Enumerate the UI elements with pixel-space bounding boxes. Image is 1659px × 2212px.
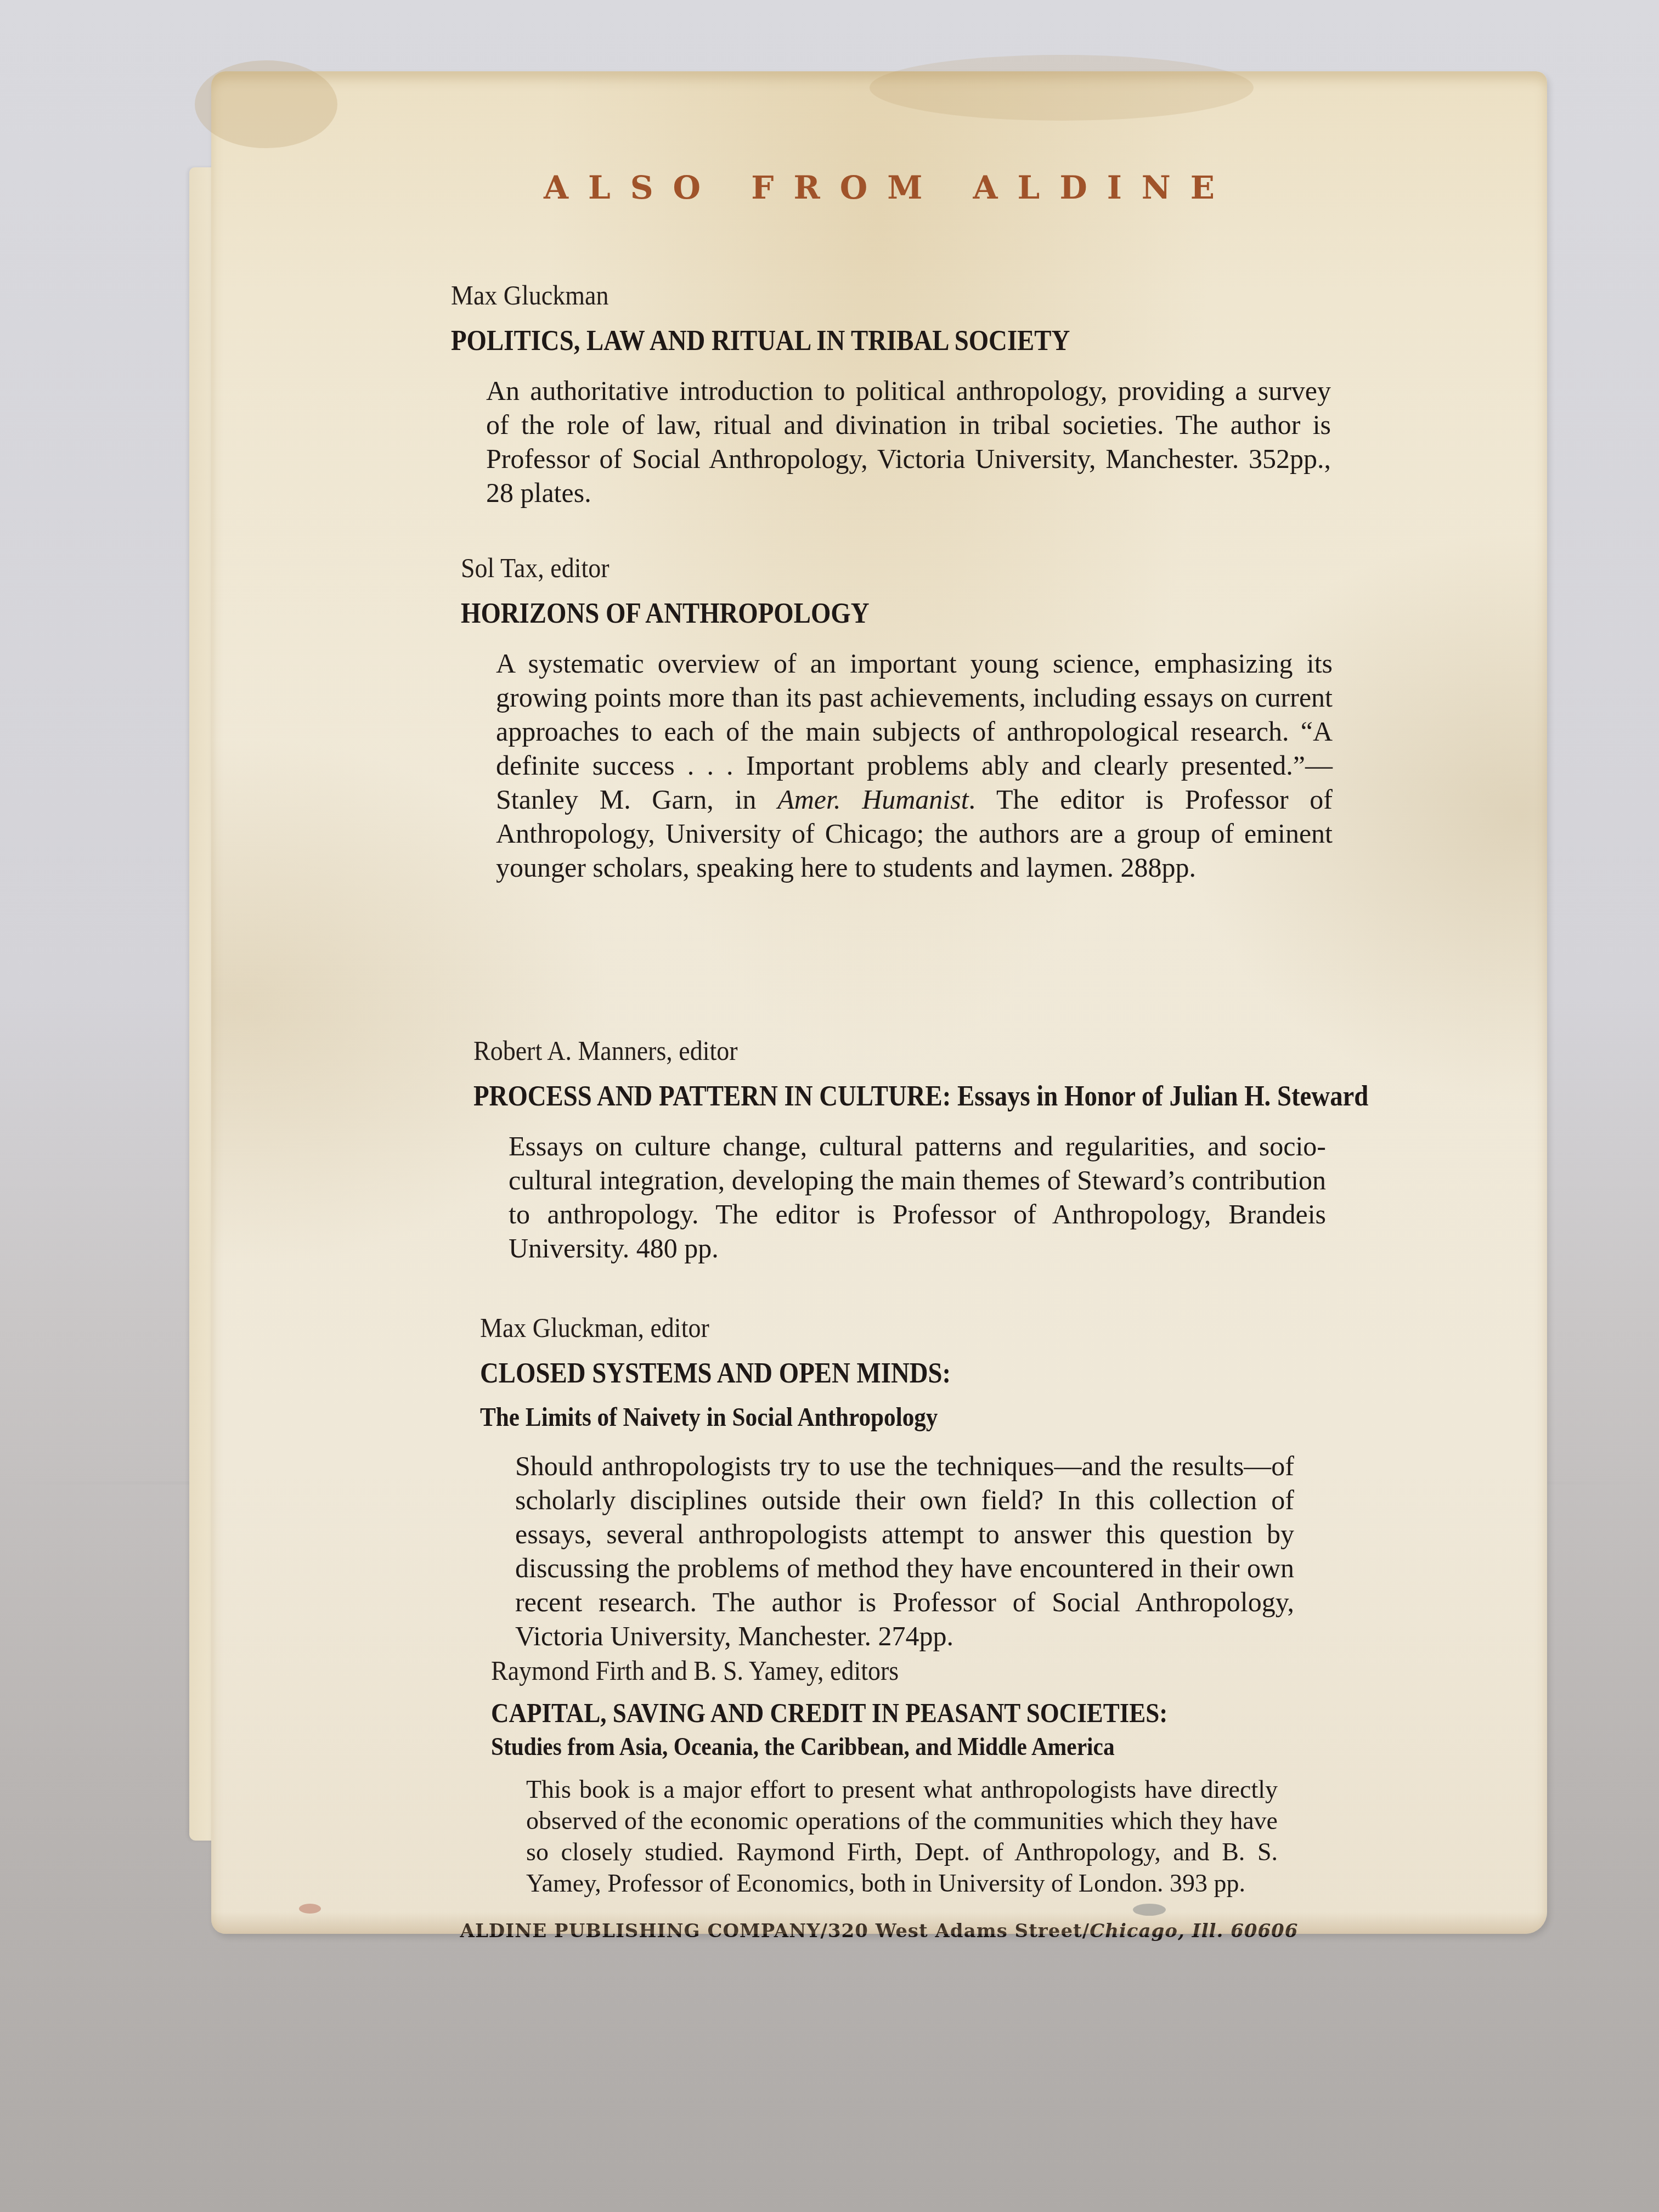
age-stain: [1133, 1904, 1166, 1916]
book-description: An authoritative introduction to politic…: [486, 374, 1331, 510]
description-italic-source: Amer. Humanist: [777, 784, 968, 815]
publisher-footer: ALDINE PUBLISHING COMPANY/320 West Adams…: [211, 1920, 1547, 1942]
book-description: Essays on culture change, cultural patte…: [509, 1129, 1326, 1265]
book-title: HORIZONS OF ANTHROPOLOGY: [461, 597, 1429, 631]
book-entry: Max Gluckman POLITICS, LAW AND RITUAL IN…: [451, 281, 1534, 510]
book-description: Should anthropologists try to use the te…: [515, 1449, 1294, 1653]
age-stain: [195, 60, 337, 148]
book-description: This book is a major effort to present w…: [526, 1774, 1278, 1899]
book-author: Raymond Firth and B. S. Yamey, editors: [491, 1657, 1425, 1684]
book-subtitle: The Limits of Naivety in Social Anthropo…: [480, 1402, 1408, 1434]
book-title-suffix: Essays in Honor of Julian H. Steward: [951, 1081, 1368, 1112]
book-title: PROCESS AND PATTERN IN CULTURE: Essays i…: [473, 1080, 1481, 1114]
book-entry: Robert A. Manners, editor PROCESS AND PA…: [473, 1037, 1516, 1265]
age-stain: [870, 55, 1254, 121]
book-author: Max Gluckman, editor: [480, 1314, 1429, 1341]
book-entry: Max Gluckman, editor CLOSED SYSTEMS AND …: [480, 1314, 1511, 1653]
header-also-from-aldine: ALSO FROM ALDINE: [211, 169, 1547, 206]
publisher-street: 320 West Adams Street/: [828, 1920, 1090, 1942]
book-author: Max Gluckman: [451, 281, 1448, 309]
book-author: Robert A. Manners, editor: [473, 1037, 1432, 1064]
book-entry: Raymond Firth and B. S. Yamey, editors C…: [491, 1657, 1506, 1899]
book-title-main: PROCESS AND PATTERN IN CULTURE:: [473, 1081, 951, 1112]
book-entry: Sol Tax, editor HORIZONS OF ANTHROPOLOGY…: [461, 554, 1536, 884]
book-subtitle: Studies from Asia, Oceania, the Caribbea…: [491, 1731, 1404, 1762]
book-title: CLOSED SYSTEMS AND OPEN MINDS:: [480, 1357, 1408, 1391]
book-title: CAPITAL, SAVING AND CREDIT IN PEASANT SO…: [491, 1696, 1404, 1729]
book-description: A systematic overview of an important yo…: [496, 646, 1333, 884]
age-stain: [299, 1904, 321, 1914]
book-title: POLITICS, LAW AND RITUAL IN TRIBAL SOCIE…: [451, 324, 1426, 358]
dust-jacket-back: ALSO FROM ALDINE Max Gluckman POLITICS, …: [211, 71, 1547, 1934]
publisher-name: ALDINE PUBLISHING COMPANY/: [460, 1920, 828, 1942]
publisher-city: Chicago, Ill. 60606: [1090, 1920, 1298, 1942]
book-author: Sol Tax, editor: [461, 554, 1450, 582]
